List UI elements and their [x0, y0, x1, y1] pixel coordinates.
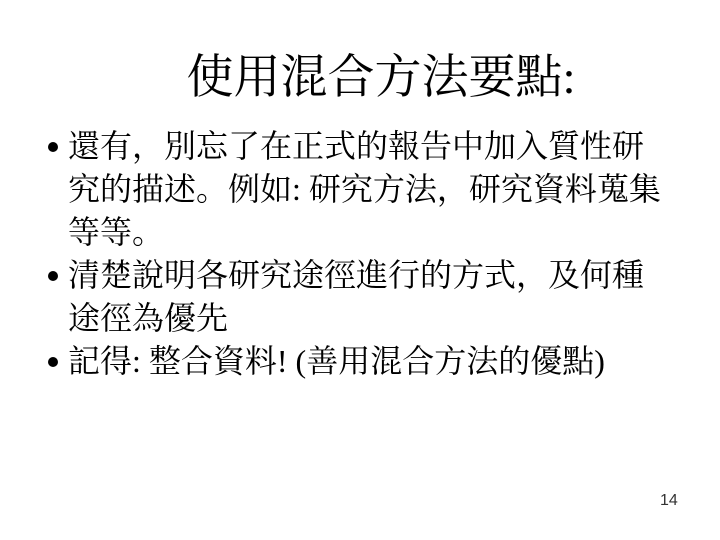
- bullet-item: 還有，別忘了在正式的報告中加入質性研究的描述。例如: 研究方法，研究資料蒐集等等…: [46, 125, 674, 254]
- bullet-list: 還有，別忘了在正式的報告中加入質性研究的描述。例如: 研究方法，研究資料蒐集等等…: [46, 125, 674, 383]
- bullet-text: 清楚說明各研究途徑進行的方式，及何種途徑為優先: [68, 257, 644, 336]
- bullet-text: 還有，別忘了在正式的報告中加入質性研究的描述。例如: 研究方法，研究資料蒐集等等…: [68, 128, 661, 250]
- bullet-icon: [48, 142, 58, 152]
- bullet-text: 記得: 整合資料! (善用混合方法的優點): [68, 343, 605, 379]
- bullet-icon: [48, 357, 58, 367]
- page-number: 14: [660, 492, 678, 510]
- bullet-item: 記得: 整合資料! (善用混合方法的優點): [46, 340, 674, 383]
- slide-title: 使用混合方法要點:: [0, 40, 720, 107]
- bullet-icon: [48, 271, 58, 281]
- slide: 使用混合方法要點: 還有，別忘了在正式的報告中加入質性研究的描述。例如: 研究方…: [0, 0, 720, 540]
- bullet-item: 清楚說明各研究途徑進行的方式，及何種途徑為優先: [46, 254, 674, 340]
